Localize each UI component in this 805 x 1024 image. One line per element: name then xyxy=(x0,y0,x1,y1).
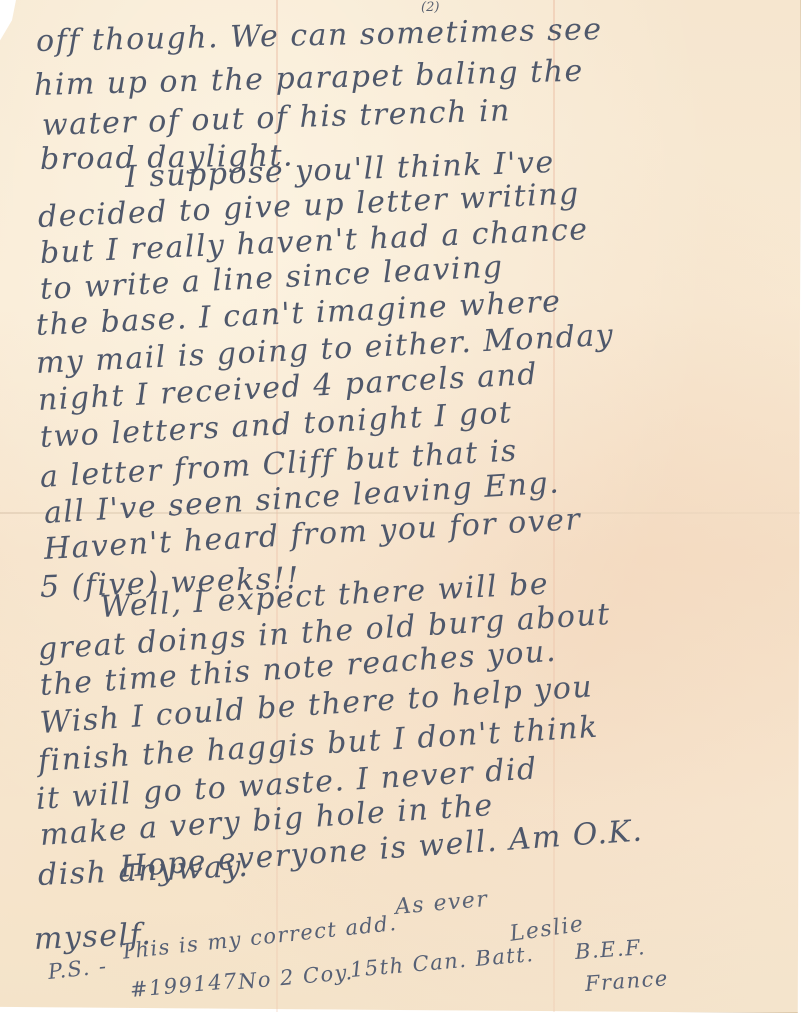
postscript-force: B.E.F. xyxy=(574,935,647,964)
page-number: (2) xyxy=(421,0,439,15)
